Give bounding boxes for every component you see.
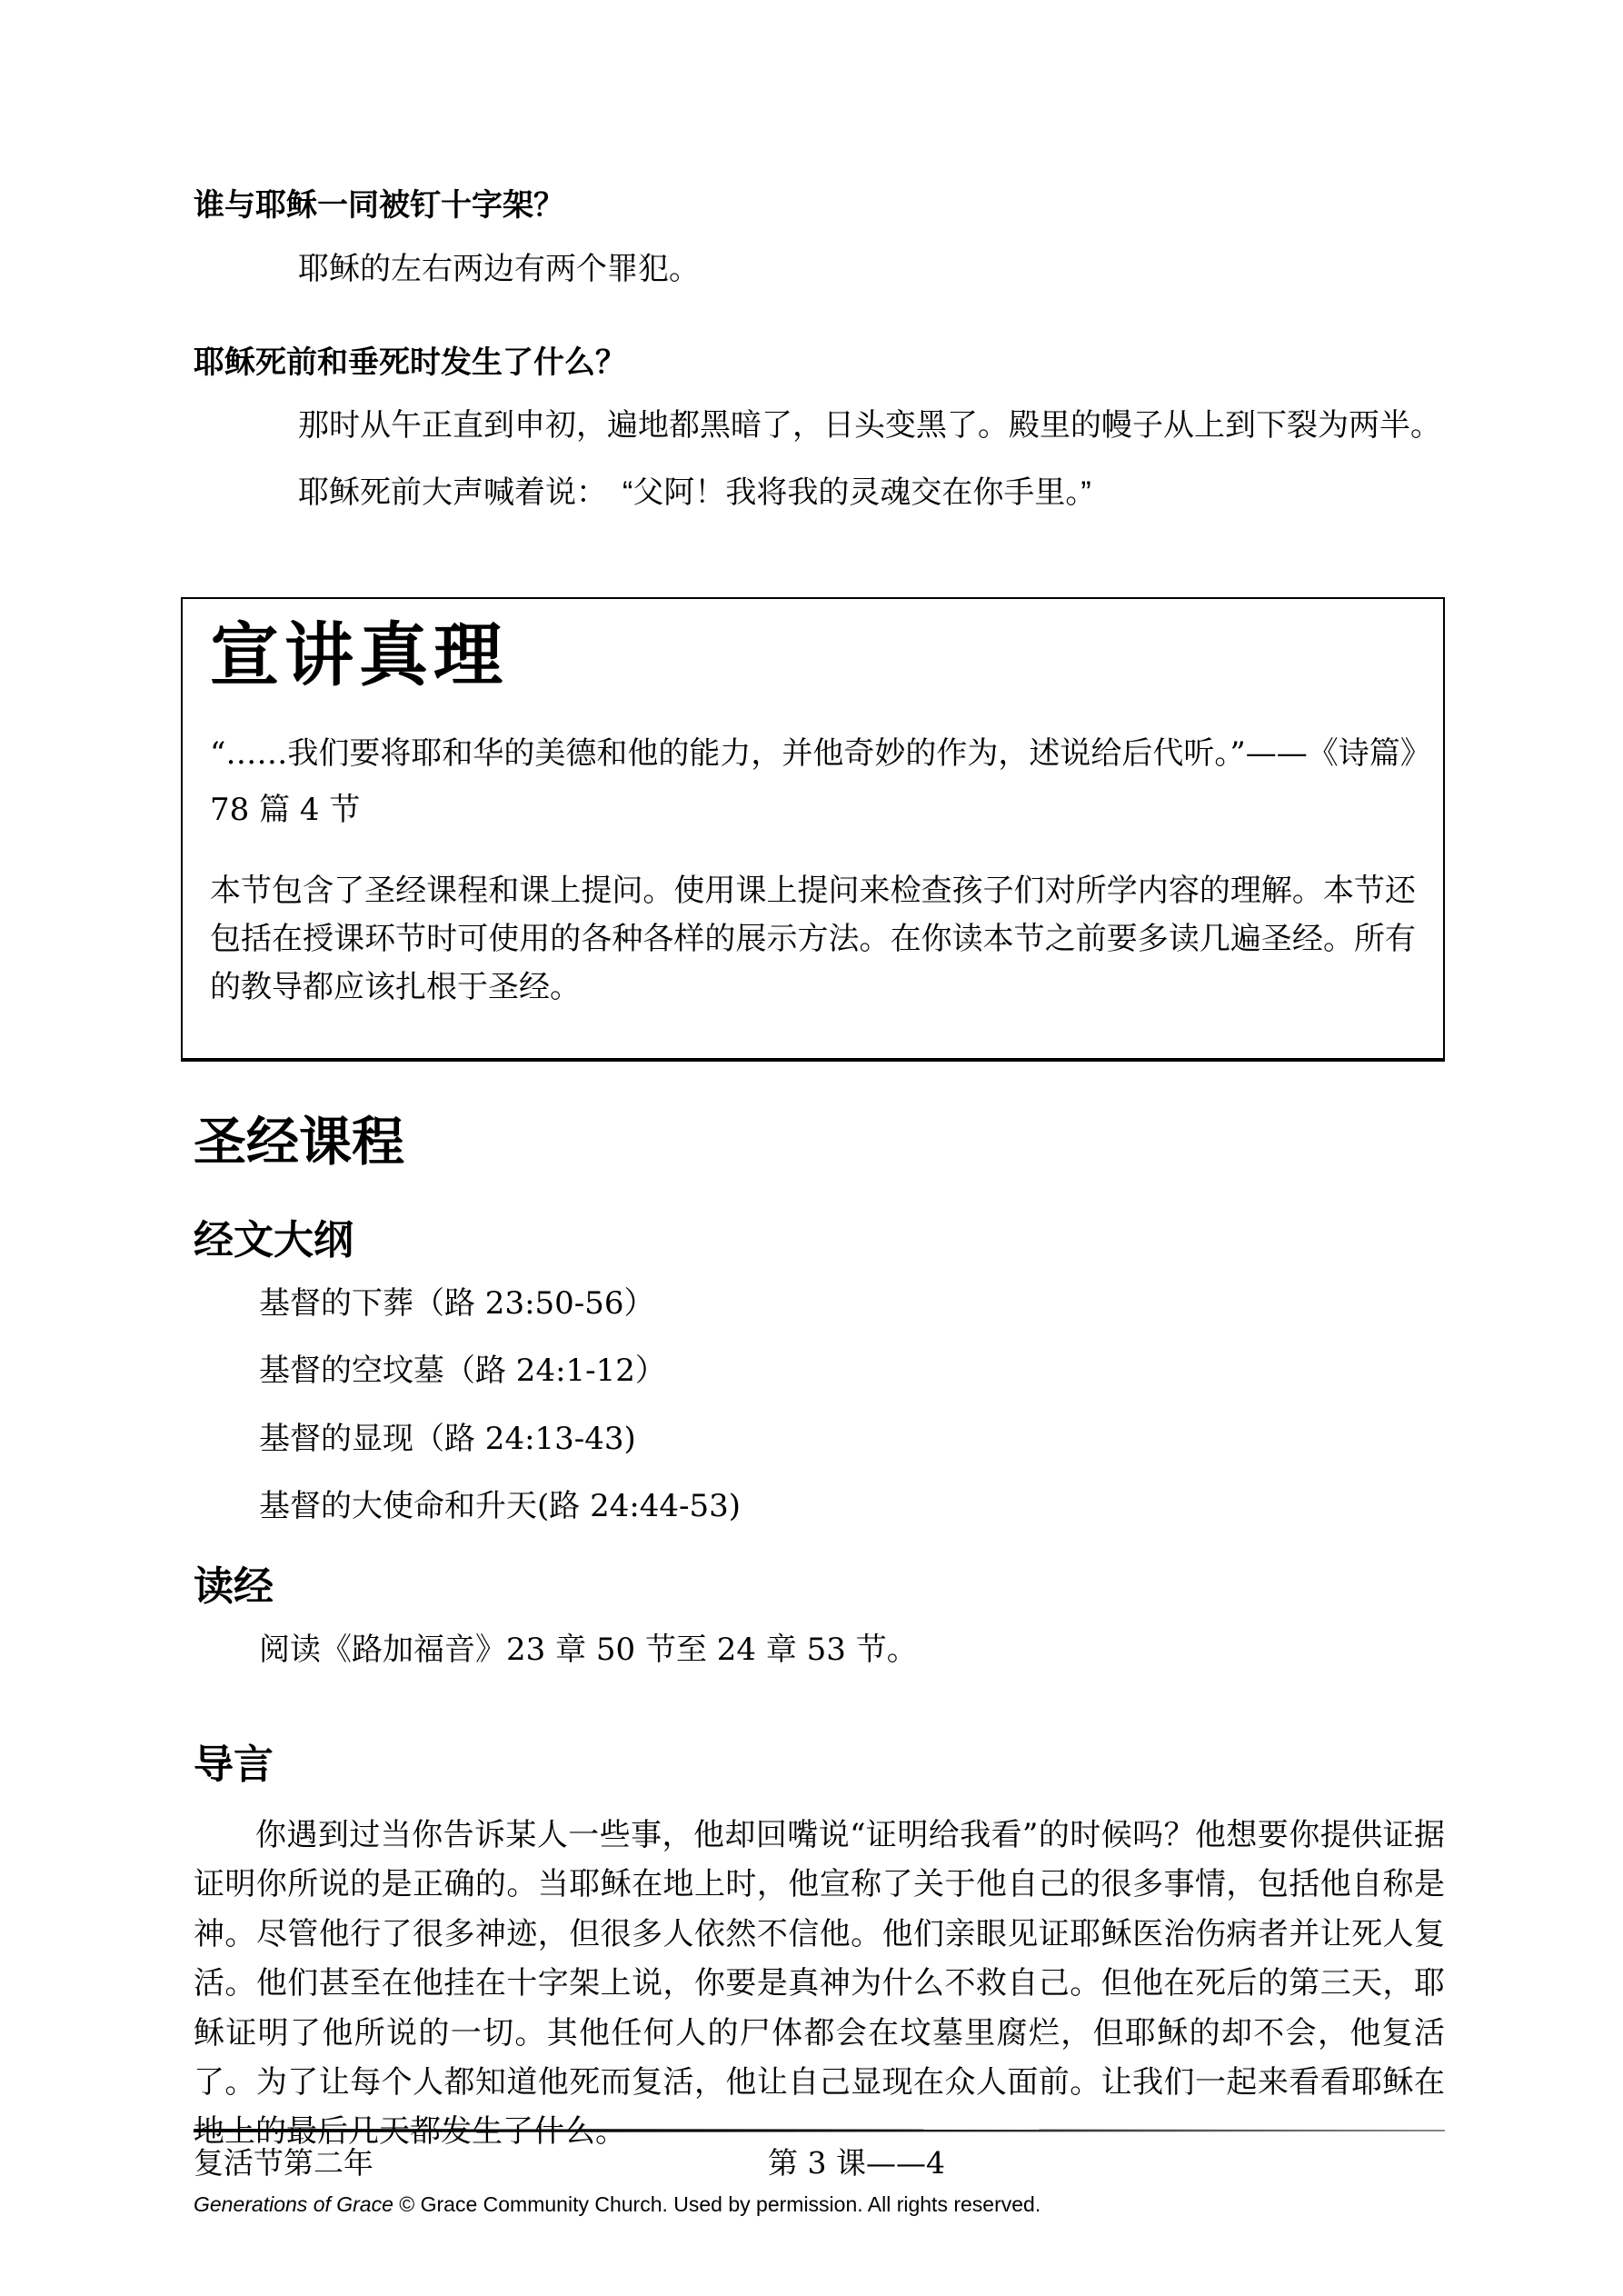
copyright-text: © Grace Community Church. Used by permis… [393,2192,1041,2216]
truth-box-body: 本节包含了圣经课程和课上提问。使用课上提问来检查孩子们对所学内容的理解。本节还包… [210,867,1416,1011]
outline-list: 基督的下葬（路 23:50-56） 基督的空坟墓（路 24:1-12） 基督的显… [194,1284,1445,1526]
question-2: 耶稣死前和垂死时发生了什么？ [194,344,1445,383]
answer-2b: 耶稣死前大声喊着说： “父阿！我将我的灵魂交在你手里。” [298,473,1445,513]
quote-line-2: 78 篇 4 节 [210,785,1416,834]
answer-1: 耶稣的左右两边有两个罪犯。 [298,249,1445,289]
answer-2a: 那时从午正直到申初，遍地都黑暗了，日头变黑了。殿里的幔子从上到下裂为两半。 [298,405,1445,445]
truth-box: 宣讲真理 “……我们要将耶和华的美德和他的能力，并他奇妙的作为，述说给后代听。”… [181,597,1445,1063]
outline-item: 基督的空坟墓（路 24:1-12） [259,1352,1445,1391]
outline-item: 基督的显现（路 24:13-43) [259,1420,1445,1459]
footer-series-title: 复活节第二年 [194,2145,373,2181]
footer-divider [194,2129,1445,2132]
footer-row: 复活节第二年 第 3 课——4 [194,2145,1445,2181]
lesson-title: 圣经课程 [194,1112,1445,1173]
question-1: 谁与耶稣一同被钉十字架？ [194,186,1445,225]
footer-copyright: Generations of Grace © Grace Community C… [194,2192,1445,2217]
outline-item: 基督的大使命和升天(路 24:44-53) [259,1487,1445,1526]
truth-box-title: 宣讲真理 [210,612,1416,698]
intro-paragraph: 你遇到过当你告诉某人一些事，他却回嘴说“证明给我看”的时候吗？他想要你提供证据证… [194,1811,1445,2157]
outline-heading: 经文大纲 [194,1218,1445,1264]
lesson-section: 圣经课程 经文大纲 基督的下葬（路 23:50-56） 基督的空坟墓（路 24:… [194,1112,1445,2156]
reading-text: 阅读《路加福音》23 章 50 节至 24 章 53 节。 [259,1630,1445,1670]
page-content: 谁与耶稣一同被钉十字架？ 耶稣的左右两边有两个罪犯。 耶稣死前和垂死时发生了什么… [0,0,1623,2157]
page-footer: 复活节第二年 第 3 课——4 Generations of Grace © G… [194,2129,1445,2217]
outline-item: 基督的下葬（路 23:50-56） [259,1284,1445,1323]
document-page: 谁与耶稣一同被钉十字架？ 耶稣的左右两边有两个罪犯。 耶稣死前和垂死时发生了什么… [0,0,1623,2296]
copyright-series-name: Generations of Grace [194,2192,393,2216]
quote-line-1: “……我们要将耶和华的美德和他的能力，并他奇妙的作为，述说给后代听。”——《诗篇… [210,729,1416,778]
truth-box-quote: “……我们要将耶和华的美德和他的能力，并他奇妙的作为，述说给后代听。”——《诗篇… [210,729,1416,835]
qa-section: 谁与耶稣一同被钉十字架？ 耶稣的左右两边有两个罪犯。 耶稣死前和垂死时发生了什么… [194,186,1445,514]
reading-heading: 读经 [194,1564,1445,1611]
footer-page-number: 第 3 课——4 [768,2145,945,2181]
intro-heading: 导言 [194,1742,1445,1789]
